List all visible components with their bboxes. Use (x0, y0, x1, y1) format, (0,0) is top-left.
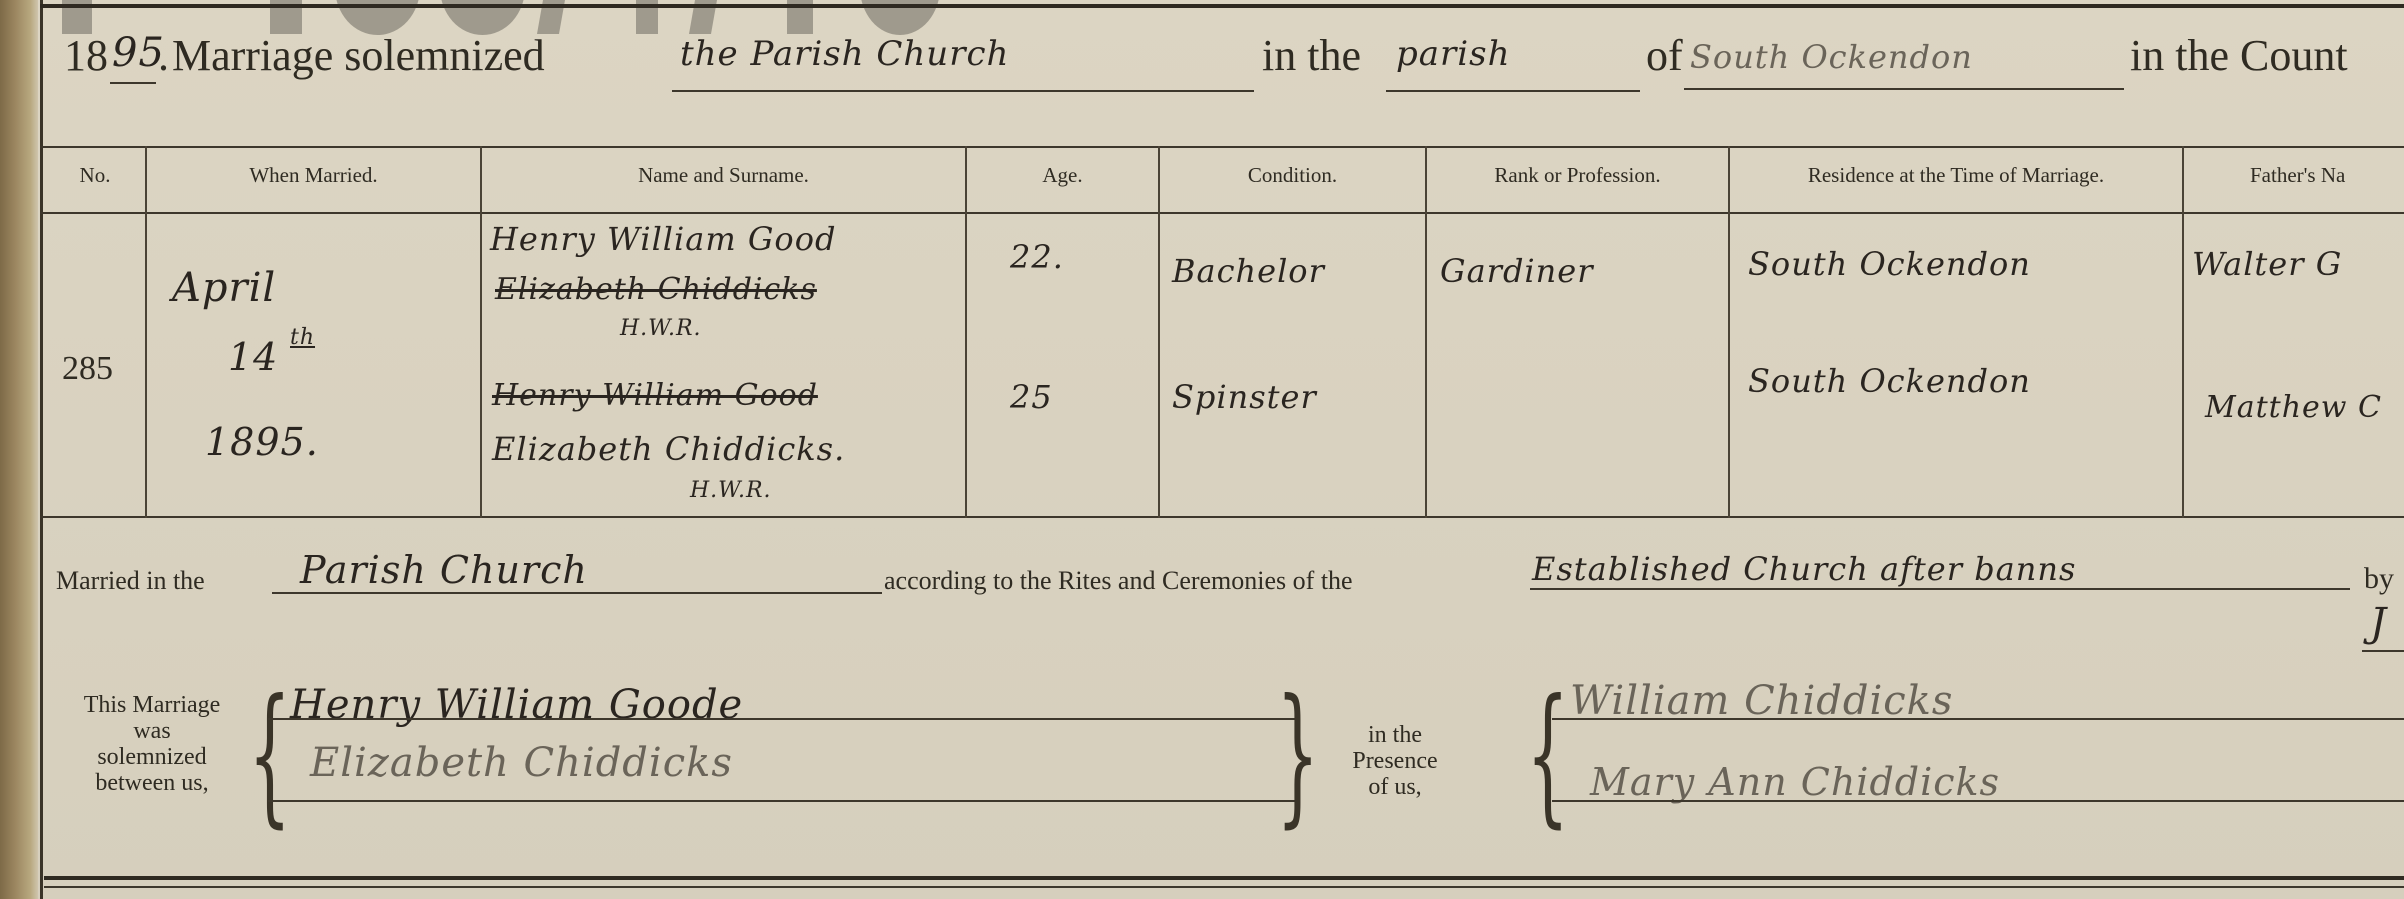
groom-age: 22. (1010, 238, 1064, 276)
witness-brace: { (1526, 680, 1569, 830)
when-married-month: April (172, 265, 276, 311)
row-bottom-rule (40, 516, 2404, 518)
officiant-underline (2362, 650, 2404, 652)
when-married-day-suffix: th (290, 325, 315, 350)
witness-1-line (1552, 718, 2404, 720)
column-divider (480, 146, 482, 518)
solemnized-label: This Marriage was solemnized between us, (52, 692, 252, 796)
top-border (40, 4, 2404, 8)
place-underline (672, 90, 1254, 92)
col-header-father: Father's Na (2250, 163, 2345, 188)
struck-bride-name-line1: Elizabeth Chiddicks (495, 272, 817, 307)
presence-label-line: of us, (1320, 774, 1470, 800)
groom-rank: Gardiner (1440, 252, 1594, 290)
left-brace: { (248, 680, 291, 830)
page-frame-left (40, 0, 43, 899)
col-header-name: Name and Surname. (482, 163, 965, 188)
groom-residence: South Ockendon (1748, 245, 2031, 283)
title-period: . (158, 30, 169, 81)
column-divider (1425, 146, 1427, 518)
parish-underline (1684, 88, 2124, 90)
col-header-no: No. (45, 163, 145, 188)
presence-label: in the Presence of us, (1320, 722, 1470, 800)
when-married-day: 14 (228, 335, 278, 379)
column-divider (1728, 146, 1730, 518)
married-in-value: Parish Church (300, 548, 588, 592)
struck-groom-name-line2: Henry William Good (492, 378, 818, 413)
rites-label: according to the Rites and Ceremonies of… (884, 566, 1353, 596)
right-brace: } (1276, 680, 1319, 830)
officiant-partial: J (2370, 600, 2387, 646)
column-divider (145, 146, 147, 518)
signature-bride-line (268, 800, 1298, 802)
solemnized-label-line: was (52, 718, 252, 744)
solemnized-label-line: solemnized (52, 744, 252, 770)
col-header-when-married: When Married. (147, 163, 480, 188)
by-label: by (2364, 562, 2394, 596)
title-in-the-county: in the Count (2130, 30, 2348, 81)
entry-number: 285 (62, 350, 113, 388)
solemnized-label-line: between us, (52, 770, 252, 796)
signature-groom: Henry William Goode (290, 682, 743, 728)
title-marriage-solemnized: Marriage solemnized (172, 30, 545, 81)
groom-condition: Bachelor (1172, 252, 1325, 290)
presence-label-line: in the (1320, 722, 1470, 748)
when-married-year: 1895. (205, 420, 319, 464)
bottom-border (44, 876, 2404, 880)
groom-father: Walter G (2192, 245, 2342, 283)
district-handwritten: parish (1396, 34, 1511, 74)
col-header-rank: Rank or Profession. (1427, 163, 1728, 188)
correction-initials-2: H.W.R. (690, 478, 772, 503)
column-divider (965, 146, 967, 518)
bride-name: Elizabeth Chiddicks. (492, 430, 845, 468)
column-divider (1158, 146, 1160, 518)
witness-2-line (1552, 800, 2404, 802)
married-in-underline (272, 592, 882, 594)
correction-initials-1: H.W.R. (620, 316, 702, 341)
col-header-condition: Condition. (1160, 163, 1425, 188)
col-header-residence: Residence at the Time of Marriage. (1730, 163, 2182, 188)
witness-2: Mary Ann Chiddicks (1590, 760, 2000, 804)
married-in-label: Married in the (56, 566, 205, 596)
parish-handwritten: South Ockendon (1690, 38, 1973, 76)
bottom-border-inner (44, 886, 2404, 888)
signature-bride: Elizabeth Chiddicks (310, 740, 733, 786)
rites-value: Established Church after banns (1532, 550, 2076, 588)
signature-groom-line (268, 718, 1298, 720)
bride-condition: Spinster (1172, 378, 1317, 416)
district-underline (1386, 90, 1640, 92)
bride-residence: South Ockendon (1748, 362, 2031, 400)
presence-label-line: Presence (1320, 748, 1470, 774)
title-in-the: in the (1262, 30, 1361, 81)
year-prefix: 18 (64, 30, 108, 81)
bride-father: Matthew C (2205, 390, 2382, 425)
bride-age: 25 (1010, 378, 1053, 416)
col-header-age: Age. (967, 163, 1158, 188)
title-of: of (1646, 30, 1683, 81)
year-underline (110, 82, 156, 84)
header-bottom-rule (40, 212, 2404, 214)
book-binding-edge (0, 0, 38, 899)
solemnized-label-line: This Marriage (52, 692, 252, 718)
groom-name: Henry William Good (490, 220, 836, 258)
year-handwritten: 95 (112, 30, 165, 76)
rites-underline (1530, 588, 2350, 590)
column-divider (2182, 146, 2184, 518)
place-handwritten: the Parish Church (680, 34, 1009, 74)
table-top-rule (40, 146, 2404, 148)
